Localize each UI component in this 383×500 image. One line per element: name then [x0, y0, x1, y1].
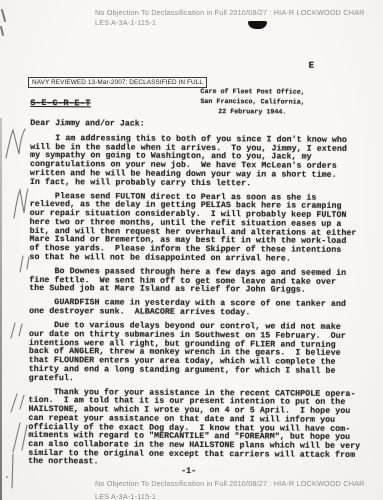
- address-line-2: San Francisco, California,: [200, 97, 304, 108]
- letter-paragraph: GUARDFISH came in yesterday with a score…: [29, 299, 369, 318]
- letter-paragraph: Thank you for your assistance in the rec…: [28, 389, 368, 469]
- pencil-tick-icon: [22, 425, 27, 450]
- declass-footer-line-1: No Objection To Declassification in Full…: [95, 479, 365, 488]
- corner-smudge: [2, 10, 5, 21]
- margin-pencil-marks: [0, 0, 40, 500]
- pencil-line-icon: [12, 454, 13, 488]
- scanned-letter-page: No Objection To Declassification in Full…: [0, 0, 383, 500]
- page-marker-letter: E: [309, 61, 314, 71]
- declass-footer-line-2: LES A-3A-1-115-1: [95, 492, 156, 500]
- letter-body: I am addressing this to both of you sinc…: [28, 135, 370, 475]
- letter-paragraph: Please send FULTON direct to Pearl as so…: [29, 193, 369, 265]
- pencil-mark-icon: [14, 189, 28, 218]
- letter-paragraph: Bo Downes passed through here a few days…: [29, 268, 369, 296]
- pencil-mark-icon: [6, 129, 25, 158]
- address-line-1: Care of Fleet Post Office,: [200, 87, 304, 98]
- pencil-tick-icon: [19, 324, 22, 336]
- pencil-tick-icon: [27, 257, 29, 269]
- pencil-tick-icon: [13, 423, 20, 452]
- pencil-tick-icon: [11, 323, 15, 338]
- scan-edge: [0, 118, 2, 500]
- address-line-3: 22 February 1944.: [200, 107, 304, 118]
- pencil-dot-icon: [6, 476, 8, 478]
- salutation: Dear Jimmy and/or Jack:: [30, 119, 145, 129]
- letter-paragraph: I am addressing this to both of you sinc…: [30, 135, 370, 189]
- pencil-tick-icon: [11, 394, 17, 412]
- pencil-tick-icon: [20, 256, 23, 272]
- letter-paragraph: Due to various delays beyond our control…: [29, 322, 369, 385]
- corner-smudge: [1, 27, 3, 35]
- return-address-block: Care of Fleet Post Office, San Francisco…: [200, 87, 304, 118]
- pencil-tick-icon: [20, 395, 24, 409]
- typed-letter-layer: E S-E-C-R-E-T Care of Fleet Post Office,…: [0, 0, 383, 500]
- page-number: -1-: [0, 466, 380, 477]
